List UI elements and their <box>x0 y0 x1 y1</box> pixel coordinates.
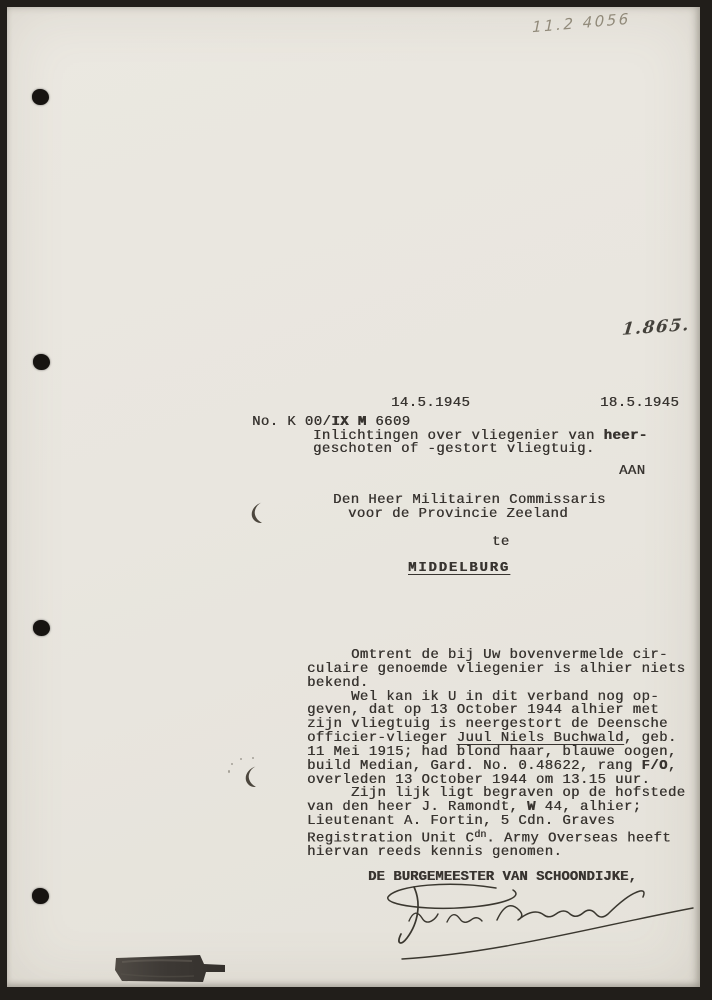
text-segment: dn <box>474 830 486 841</box>
recipient-te: te <box>492 536 510 550</box>
recipient-city: MIDDELBURG <box>408 562 510 576</box>
punch-hole-2 <box>33 354 50 370</box>
ink-speck <box>231 763 233 765</box>
letter-body: Omtrent de bij Uw bovenvermelde cir-cula… <box>307 649 685 860</box>
ink-speck <box>252 757 254 759</box>
scanner-artifact-blob <box>112 952 232 986</box>
text-segment: hiervan reeds kennis genomen. <box>307 844 562 860</box>
aan-label: AAN <box>619 465 645 479</box>
body-line: hiervan reeds kennis genomen. <box>307 846 685 860</box>
crescent-mark-2 <box>242 765 259 789</box>
recipient-line-2: voor de Provincie Zeeland <box>348 508 568 522</box>
crescent-mark-1 <box>248 501 265 525</box>
subject-line-2: geschoten of -gestort vliegtuig. <box>313 443 595 457</box>
date-received: 14.5.1945 <box>391 397 470 411</box>
text-segment: , <box>668 758 677 774</box>
punch-hole-3 <box>33 620 50 636</box>
text-segment: heer- <box>603 428 647 444</box>
date-answered: 18.5.1945 <box>600 397 679 411</box>
ink-speck <box>240 758 242 760</box>
punch-hole-4 <box>32 888 49 904</box>
signature-ink <box>300 878 700 968</box>
text-segment: geschoten of -gestort vliegtuig. <box>313 441 595 457</box>
text-segment: Lieutenant A. Fortin, 5 Cdn. Graves <box>307 813 615 829</box>
ink-speck <box>228 770 230 773</box>
punch-hole-1 <box>32 89 49 105</box>
scanned-document-page: 11.2 4056 1.865. 14.5.1945 18.5.1945 No.… <box>0 0 712 1000</box>
body-line: Lieutenant A. Fortin, 5 Cdn. Graves <box>307 815 685 829</box>
